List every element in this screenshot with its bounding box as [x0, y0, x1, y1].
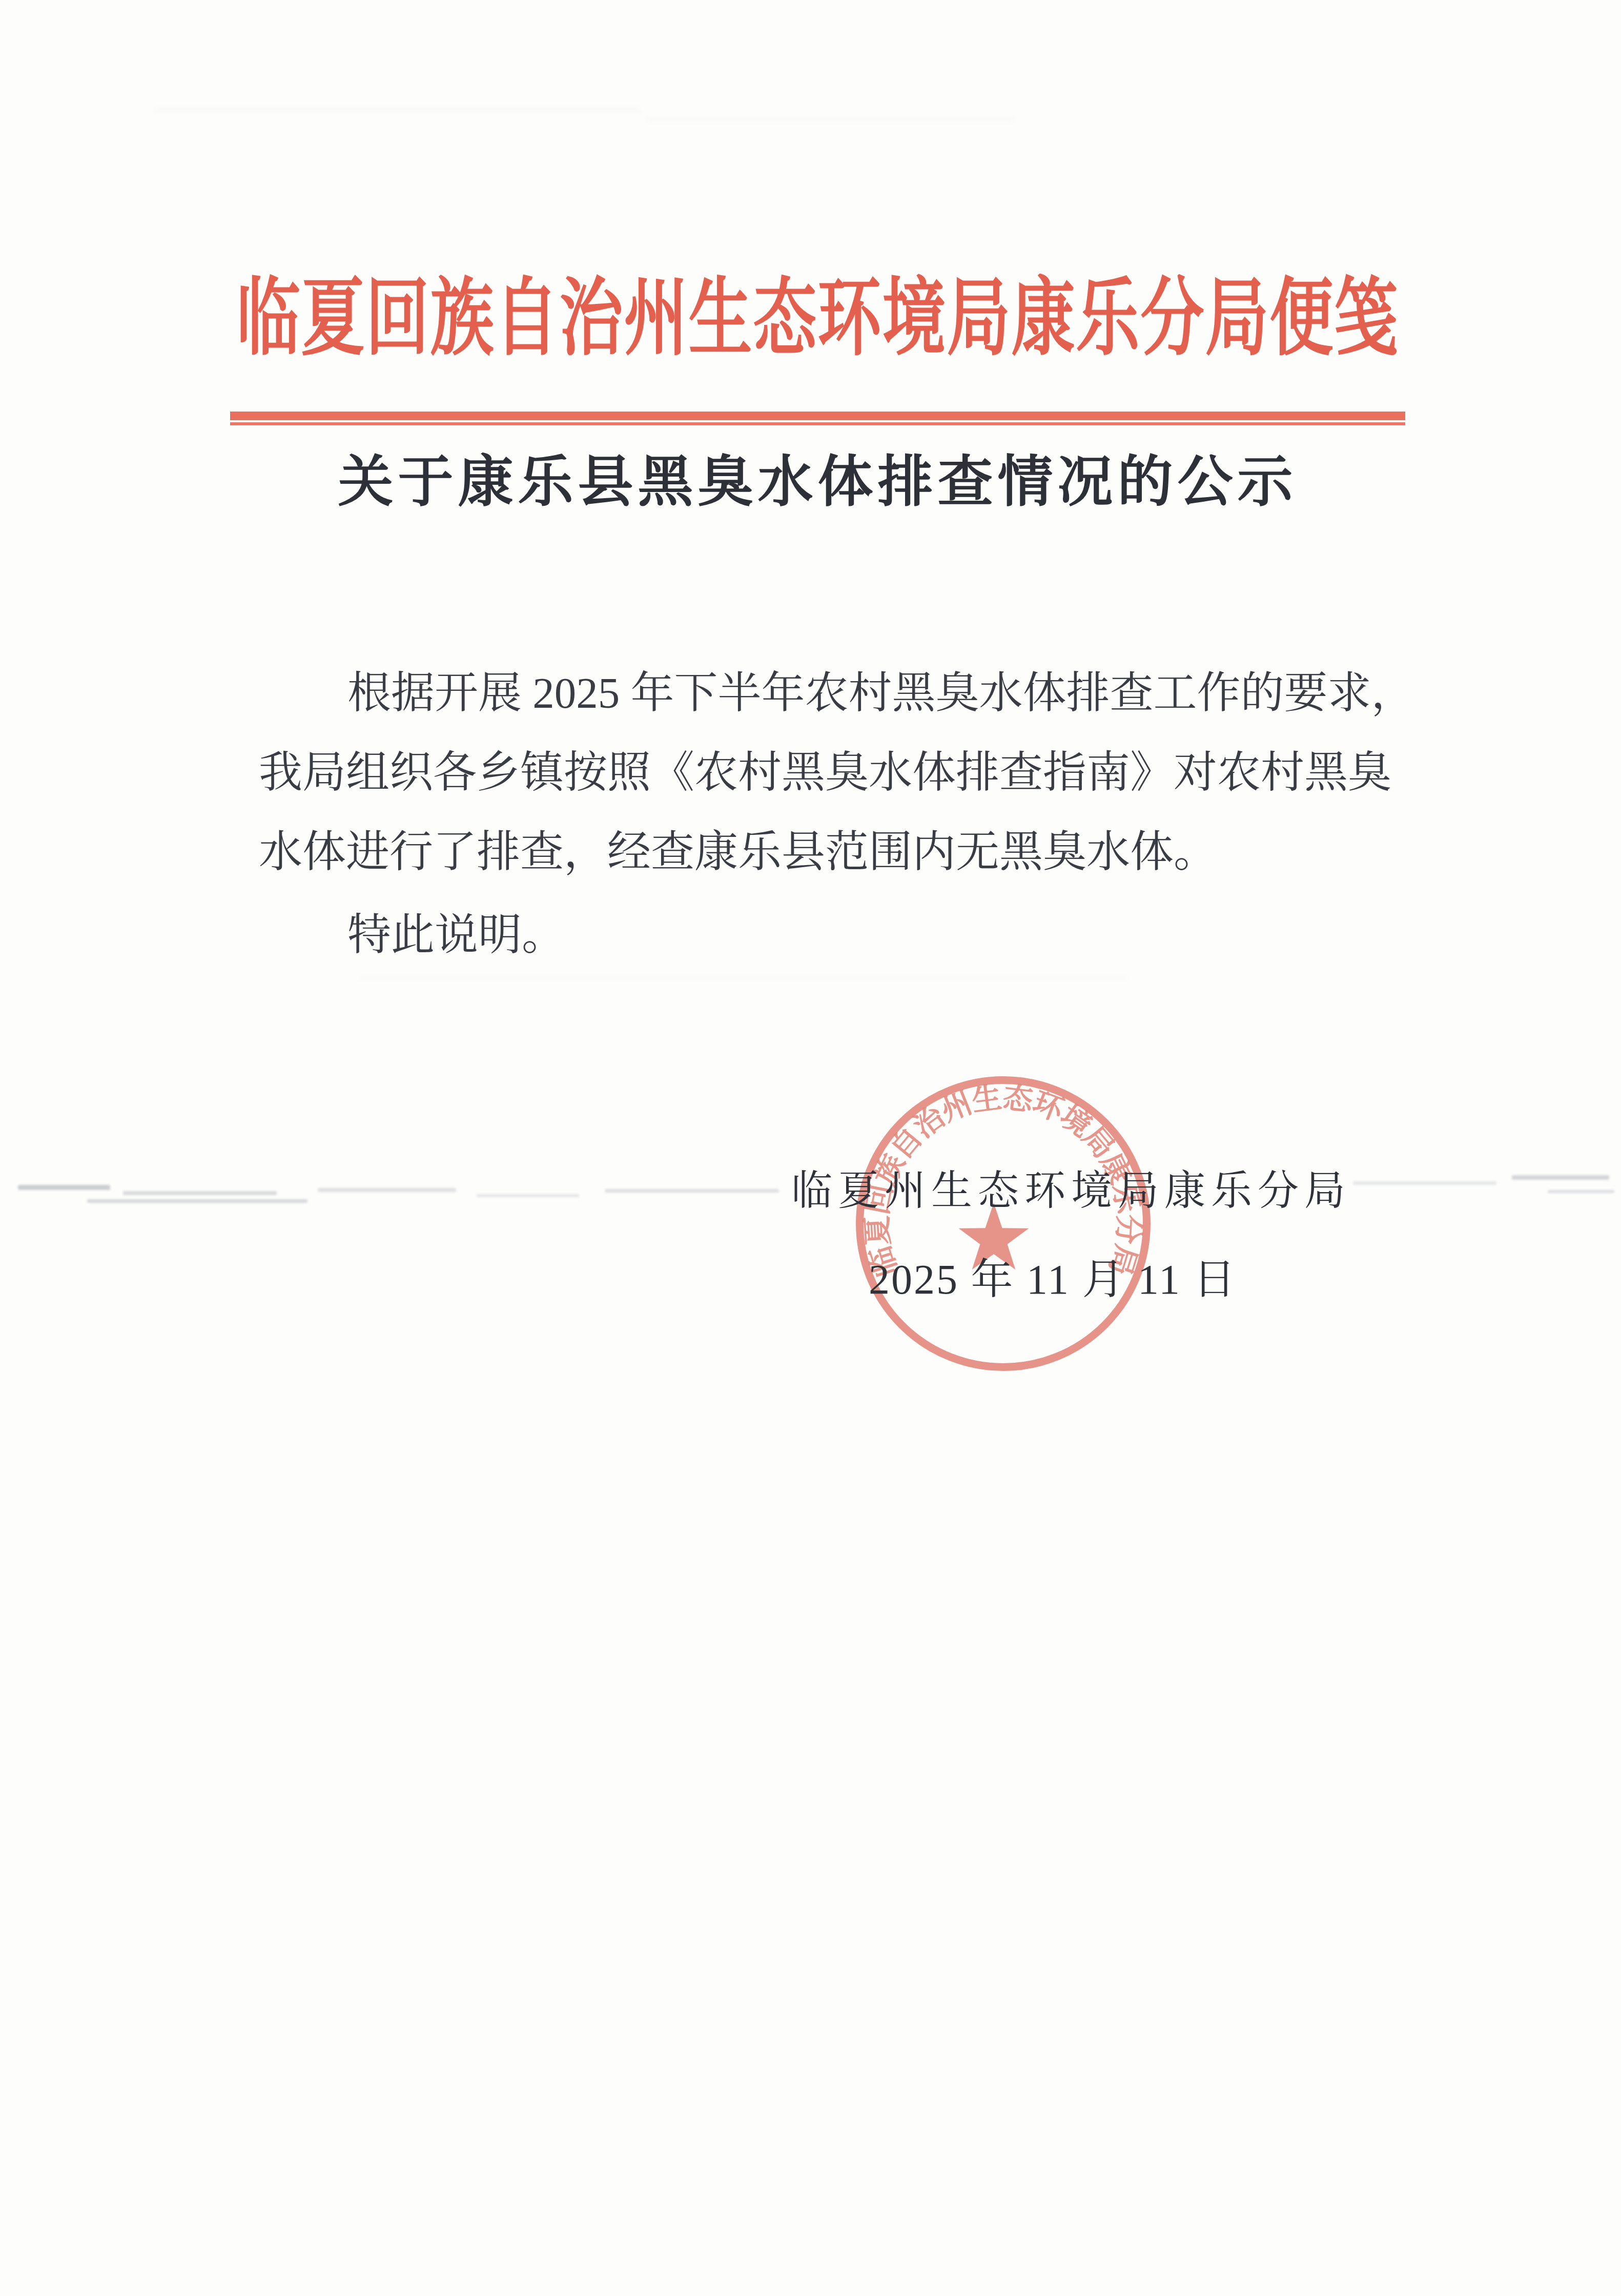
- letterhead-rule-thin: [230, 422, 1405, 425]
- scanned-document-page: 临夏回族自治州生态环境局康乐分局便笺 关于康乐县黑臭水体排查情况的公示 根据开展…: [0, 0, 1621, 2296]
- issue-date: 2025 年 11 月 11 日: [869, 1259, 1237, 1301]
- scan-smudge: [18, 1185, 110, 1190]
- scan-smudge: [605, 1189, 779, 1193]
- document-title: 关于康乐县黑臭水体排查情况的公示: [230, 455, 1405, 510]
- scan-noise-streak: [154, 108, 641, 112]
- scan-noise-streak: [646, 118, 1015, 121]
- scan-smudge: [1548, 1190, 1614, 1193]
- body-line-3: 水体进行了排查，经查康乐县范围内无黑臭水体。: [259, 828, 1217, 878]
- official-seal: 临夏回族自治州生态环境局康乐分局: [848, 1069, 1158, 1379]
- scan-smudge: [123, 1191, 277, 1195]
- scan-smudge: [1353, 1181, 1496, 1185]
- body-line-1: 根据开展 2025 年下半年农村黑臭水体排查工作的要求，: [347, 669, 1415, 719]
- scan-smudge: [87, 1199, 307, 1203]
- scan-noise-streak: [359, 976, 1127, 980]
- scan-smudge: [477, 1194, 579, 1197]
- body-line-4: 特此说明。: [347, 911, 565, 961]
- letterhead-rule-thick: [230, 412, 1405, 420]
- scan-smudge: [1512, 1175, 1609, 1180]
- scan-smudge: [318, 1188, 456, 1192]
- issuing-authority-signature: 临夏州生态环境局康乐分局: [791, 1171, 1351, 1212]
- letterhead-title: 临夏回族自治州生态环境局康乐分局便笺: [230, 277, 1405, 361]
- body-line-2: 我局组织各乡镇按照《农村黑臭水体排查指南》对农村黑臭: [259, 748, 1391, 798]
